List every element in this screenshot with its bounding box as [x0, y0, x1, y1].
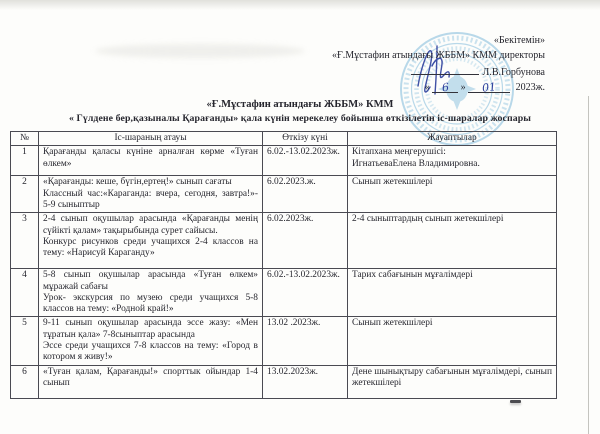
event-date-cell: 13.02 .2023ж.	[263, 317, 348, 365]
event-number-cell: 4	[11, 269, 39, 317]
handwritten-day: 6	[441, 82, 449, 93]
signature-row: Л.В.Горбунова	[332, 63, 545, 81]
event-date-cell: 6.02.2023.ж.	[263, 176, 348, 213]
event-number-cell: 5	[11, 317, 39, 365]
signature-underline	[411, 63, 479, 75]
event-name-cell: 5-8 сынып оқушылар арасында «Туған өлкем…	[39, 269, 263, 317]
table-row: 5 9-11 сынып оқушылар арасында эссе жазу…	[11, 317, 557, 365]
event-responsible-cell: Кітапхана меңгерушісі: ИгнатьеваЕлена Вл…	[348, 146, 557, 176]
approval-director-title: «Ғ.Мұстафин атындағы ЖББМ» КММ директоры	[332, 49, 545, 64]
col-header-date: Өткізу күні	[263, 132, 348, 146]
event-responsible-cell: Сынып жетекшілері	[348, 317, 557, 365]
handwritten-month: 01	[482, 82, 497, 93]
table-row: 4 5-8 сынып оқушылар арасында «Туған өлк…	[11, 269, 557, 317]
event-name-cell: Қарағанды қаласы күніне арналған көрме «…	[39, 146, 263, 176]
event-number-cell: 1	[11, 146, 39, 176]
table-row: 2 «Қарағанды: кеше, бүгін,ертең!» сынып …	[11, 176, 557, 213]
month-underline: 01	[468, 81, 510, 93]
quote-close: »	[461, 82, 466, 93]
event-name-cell: 9-11 сынып оқушылар арасында эссе жазу: …	[39, 317, 263, 365]
document-title: «Ғ.Мұстафин атындағы ЖББМ» КММ	[0, 99, 600, 110]
scan-smudge	[95, 44, 305, 58]
event-date-cell: 6.02.-13.02.2023ж.	[263, 146, 348, 176]
document-subtitle: « Гүлдене бер,қазыналы Қарағанды» қала к…	[0, 113, 600, 124]
table-header-row: № Іс-шараның атауы Өткізу күні Жауаптыла…	[11, 132, 557, 146]
event-date-cell: 13.02.2023ж.	[263, 365, 348, 398]
event-date-cell: 6.02.2023ж.	[263, 213, 348, 269]
approval-word: «Бекітемін»	[332, 34, 545, 49]
event-name-cell: «Қарағанды: кеше, бүгін,ертең!» сынып са…	[39, 176, 263, 213]
table-row: 6 «Туған қалам, Қарағанды!» спорттык ойы…	[11, 365, 557, 398]
scan-shadow-top	[0, 0, 600, 10]
director-name: Л.В.Горбунова	[483, 67, 545, 78]
approval-year: 2023ж.	[516, 82, 545, 93]
event-number-cell: 6	[11, 365, 39, 398]
table-row: 1 Қарағанды қаласы күніне арналған көрме…	[11, 146, 557, 176]
event-responsible-cell: Дене шынықтыру сабағынын мұғалімдері, сы…	[348, 365, 557, 398]
event-responsible-cell: Тарих сабағынын мұғалімдері	[348, 269, 557, 317]
table-row: 3 2-4 сынып оқушылар арасында «Қарағанды…	[11, 213, 557, 269]
col-header-responsible: Жауаптылар	[348, 132, 557, 146]
quote-open: «	[425, 82, 430, 93]
event-number-cell: 3	[11, 213, 39, 269]
event-date-cell: 6.02.-13.02.2023ж.	[263, 269, 348, 317]
col-header-number: №	[11, 132, 39, 146]
scan-edge-line	[588, 96, 589, 434]
event-responsible-cell: 2-4 сыныптардың сынып жетекшілері	[348, 213, 557, 269]
events-plan-table: № Іс-шараның атауы Өткізу күні Жауаптыла…	[10, 131, 557, 399]
approval-block: «Бекітемін» «Ғ.Мұстафин атындағы ЖББМ» К…	[332, 34, 545, 95]
event-name-cell: «Туған қалам, Қарағанды!» спорттык ойынд…	[39, 365, 263, 398]
day-underline: 6	[432, 81, 458, 93]
approval-date-row: « 6 » 01 2023ж.	[332, 81, 545, 96]
scanned-document-page: «Бекітемін» «Ғ.Мұстафин атындағы ЖББМ» К…	[0, 0, 600, 434]
col-header-event-name: Іс-шараның атауы	[39, 132, 263, 146]
table-body: 1 Қарағанды қаласы күніне арналған көрме…	[11, 146, 557, 398]
ink-smudge	[510, 400, 521, 403]
event-name-cell: 2-4 сынып оқушылар арасында «Қарағанды м…	[39, 213, 263, 269]
event-responsible-cell: Сынып жетекшілері	[348, 176, 557, 213]
event-number-cell: 2	[11, 176, 39, 213]
